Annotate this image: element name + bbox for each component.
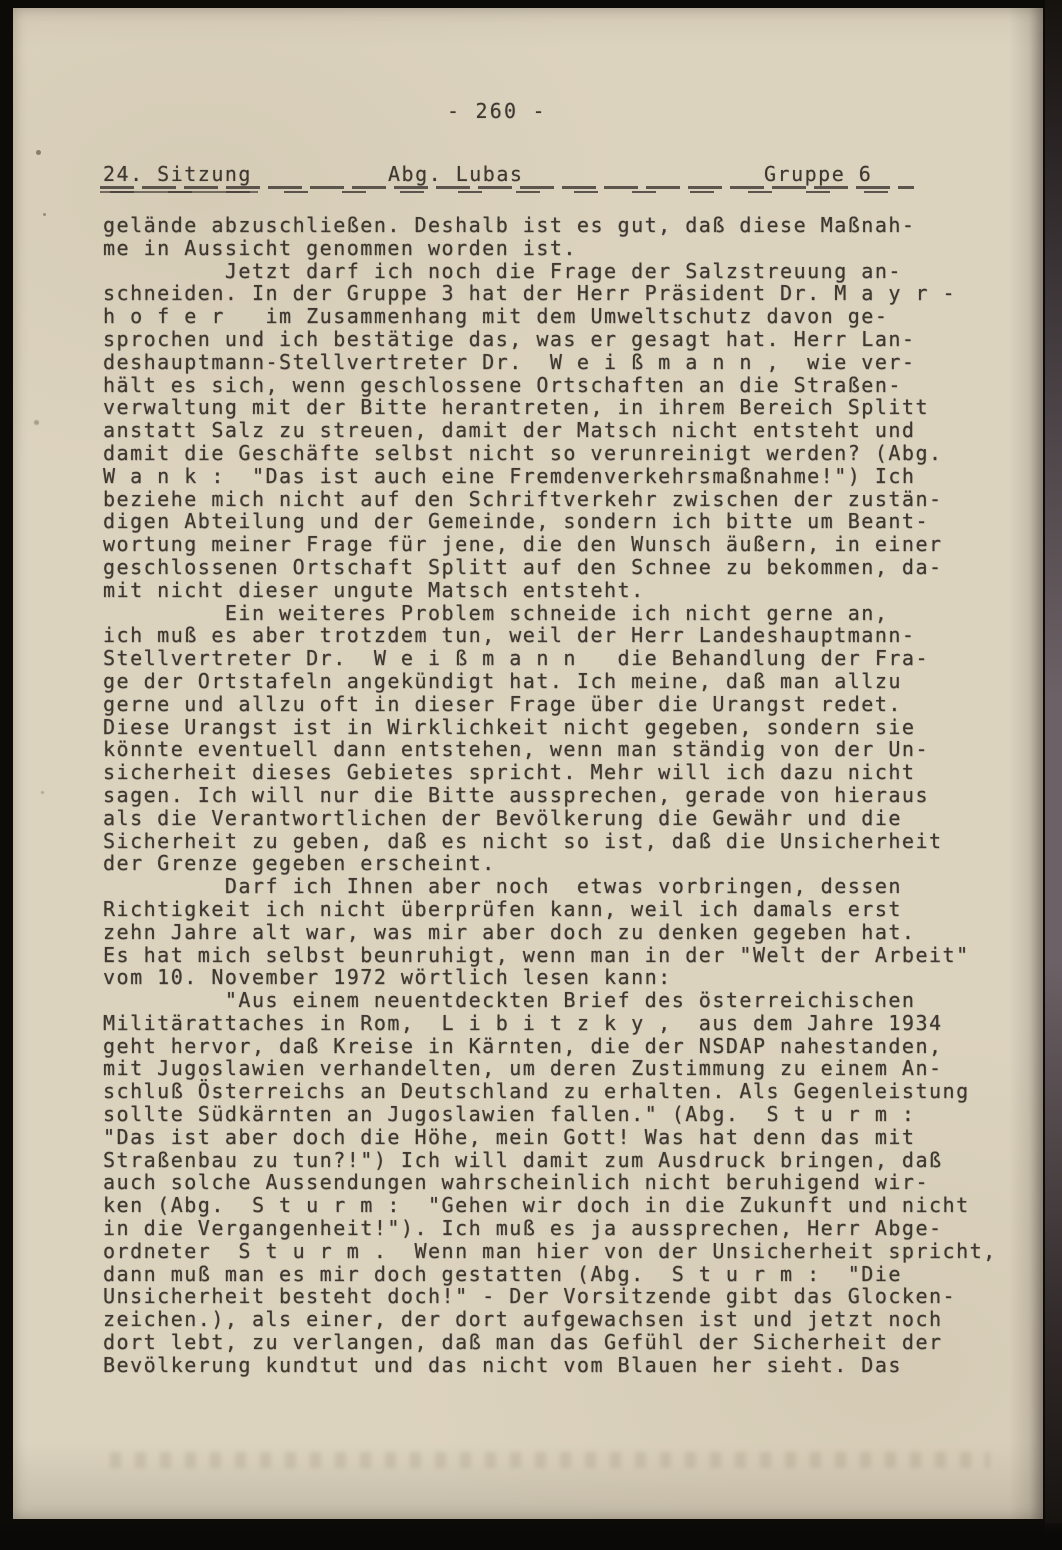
header-underline-rule-double bbox=[100, 191, 258, 193]
header-session-label: 24. Sitzung bbox=[103, 162, 252, 186]
scan-edge-bottom bbox=[0, 1523, 1062, 1550]
scan-edge-right bbox=[1045, 0, 1062, 1550]
header-group-label: Gruppe 6 bbox=[764, 162, 872, 186]
scanned-document-page: { "colors": { "paper": "#dcd3bf", "ink":… bbox=[0, 0, 1062, 1550]
header-speaker-label: Abg. Lubas bbox=[388, 162, 523, 186]
binding-shadow bbox=[1009, 8, 1043, 1519]
page-number: - 260 - bbox=[447, 99, 547, 123]
bleed-through-ghost-text bbox=[110, 1452, 990, 1468]
transcript-body-text: gelände abzuschließen. Deshalb ist es gu… bbox=[103, 214, 997, 1377]
scan-speck bbox=[36, 150, 41, 155]
page-header: 24. Sitzung Abg. Lubas Gruppe 6 bbox=[0, 162, 1062, 202]
